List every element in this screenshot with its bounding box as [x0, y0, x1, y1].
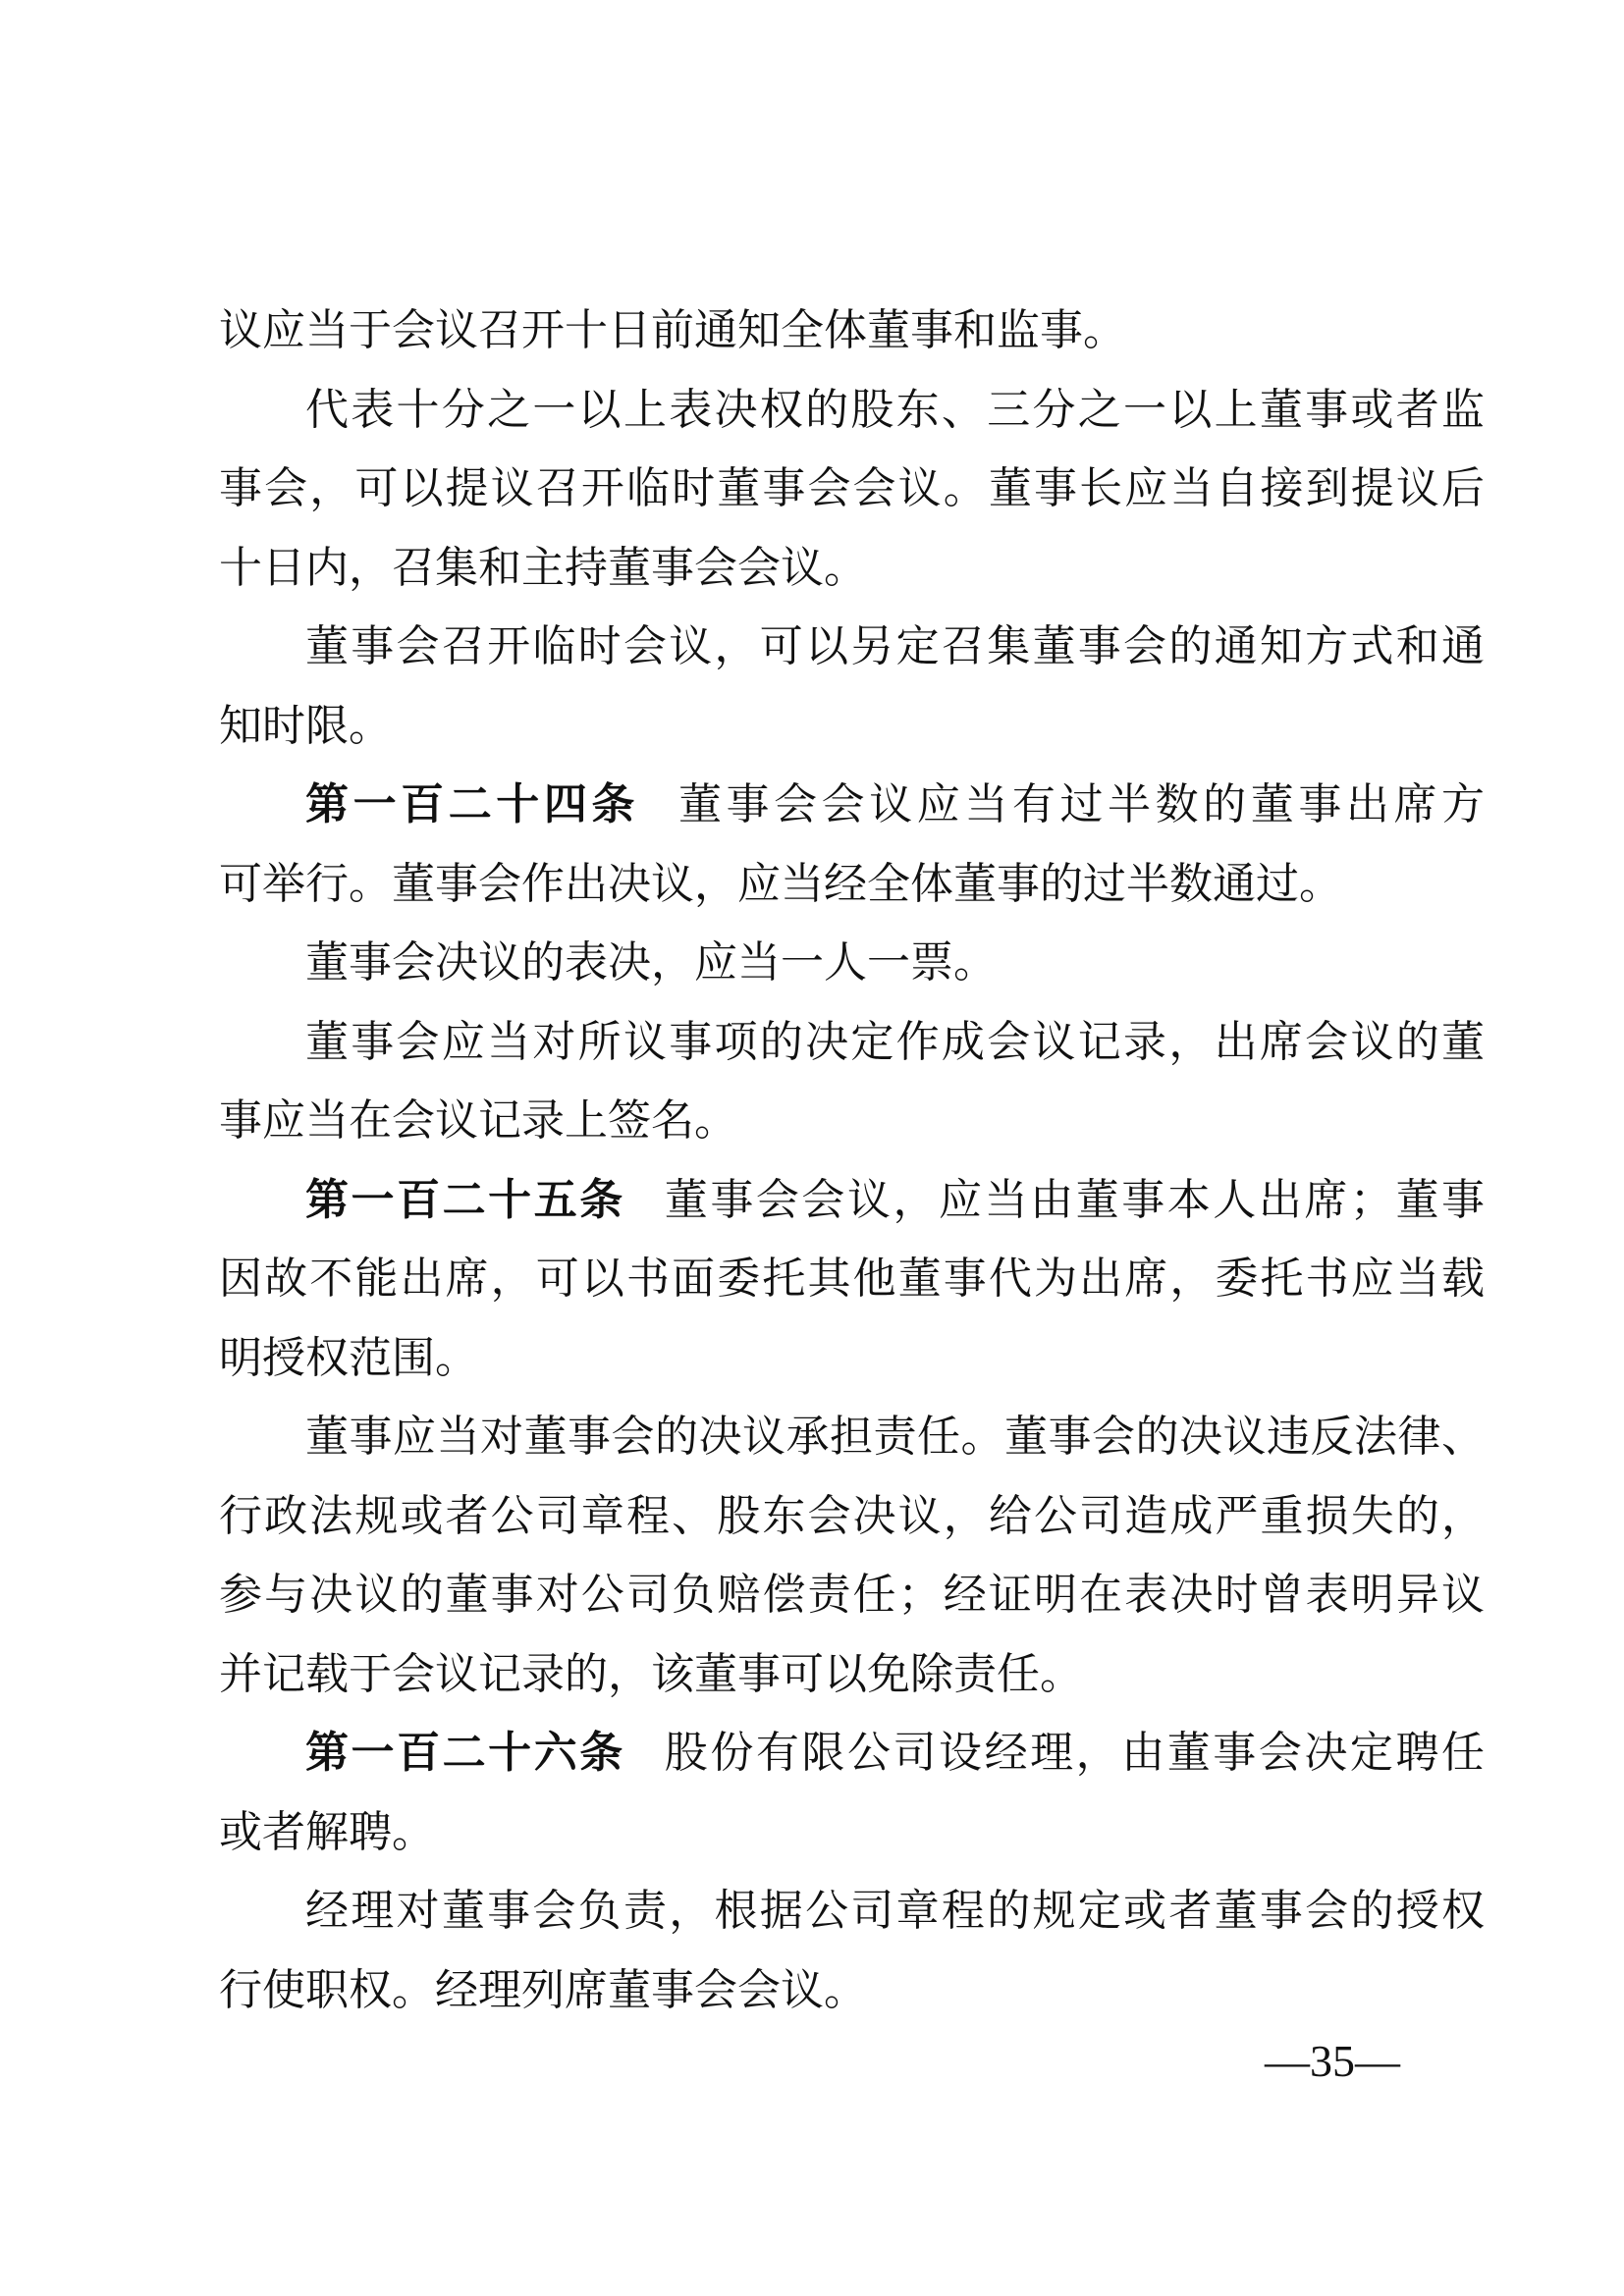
body-text: 议应当于会议召开十日前通知全体董事和监事。 [219, 306, 1126, 354]
body-text: 事会，可以提议召开临时董事会会议。董事长应当自接到提议后 [219, 464, 1485, 512]
article-number: 第一百二十四条 [305, 779, 639, 829]
text-line: 董事应当对董事会的决议承担责任。董事会的决议违反法律、 [219, 1398, 1485, 1477]
text-line: 董事会应当对所议事项的决定作成会议记录，出席会议的董 [219, 1003, 1485, 1083]
article-number: 第一百二十六条 [305, 1728, 625, 1778]
body-text: 董事会召开临时会议，可以另定召集董事会的通知方式和通 [305, 622, 1485, 670]
body-text: 经理对董事会负责，根据公司章程的规定或者董事会的授权 [305, 1887, 1485, 1935]
body-text: 十日内，召集和主持董事会会议。 [219, 544, 867, 592]
text-line: 或者解聘。 [219, 1793, 1485, 1873]
document-page: 议应当于会议召开十日前通知全体董事和监事。代表十分之一以上表决权的股东、三分之一… [0, 0, 1624, 2296]
document-body: 议应当于会议召开十日前通知全体董事和监事。代表十分之一以上表决权的股东、三分之一… [219, 292, 1485, 2030]
text-line: 事应当在会议记录上签名。 [219, 1082, 1485, 1161]
body-text: 参与决议的董事对公司负赔偿责任；经证明在表决时曾表明异议 [219, 1571, 1485, 1619]
body-text: 或者解聘。 [219, 1808, 435, 1856]
body-text: 董事会决议的表决，应当一人一票。 [305, 938, 997, 987]
body-text: 可举行。董事会作出决议，应当经全体董事的过半数通过。 [219, 860, 1342, 908]
article-number: 第一百二十五条 [305, 1175, 625, 1225]
text-line: 因故不能出席，可以书面委托其他董事代为出席，委托书应当载 [219, 1240, 1485, 1319]
text-line: 可举行。董事会作出决议，应当经全体董事的过半数通过。 [219, 845, 1485, 925]
text-line: 知时限。 [219, 687, 1485, 767]
body-text: 行使职权。经理列席董事会会议。 [219, 1966, 867, 2014]
text-line: 明授权范围。 [219, 1319, 1485, 1399]
text-line: 议应当于会议召开十日前通知全体董事和监事。 [219, 292, 1485, 371]
body-text: 董事会会议应当有过半数的董事出席方 [678, 780, 1485, 828]
body-text: 事应当在会议记录上签名。 [219, 1096, 737, 1145]
text-line: 代表十分之一以上表决权的股东、三分之一以上董事或者监 [219, 371, 1485, 451]
body-text: 行政法规或者公司章程、股东会决议，给公司造成严重损失的， [219, 1492, 1485, 1540]
text-line: 董事会决议的表决，应当一人一票。 [219, 924, 1485, 1003]
text-line: 第一百二十四条董事会会议应当有过半数的董事出席方 [219, 766, 1485, 845]
body-text: 因故不能出席，可以书面委托其他董事代为出席，委托书应当载 [219, 1255, 1485, 1303]
body-text: 董事应当对董事会的决议承担责任。董事会的决议违反法律、 [305, 1413, 1485, 1461]
text-line: 经理对董事会负责，根据公司章程的规定或者董事会的授权 [219, 1872, 1485, 1951]
page-number: —35— [1265, 2034, 1400, 2089]
text-line: 事会，可以提议召开临时董事会会议。董事长应当自接到提议后 [219, 450, 1485, 529]
text-line: 第一百二十六条股份有限公司设经理，由董事会决定聘任 [219, 1714, 1485, 1793]
text-line: 行使职权。经理列席董事会会议。 [219, 1951, 1485, 2031]
text-line: 并记载于会议记录的，该董事可以免除责任。 [219, 1635, 1485, 1715]
body-text: 知时限。 [219, 702, 392, 750]
text-line: 参与决议的董事对公司负赔偿责任；经证明在表决时曾表明异议 [219, 1556, 1485, 1635]
body-text: 董事会会议，应当由董事本人出席；董事 [665, 1176, 1485, 1224]
text-line: 第一百二十五条董事会会议，应当由董事本人出席；董事 [219, 1161, 1485, 1241]
body-text: 董事会应当对所议事项的决定作成会议记录，出席会议的董 [305, 1018, 1485, 1066]
text-line: 董事会召开临时会议，可以另定召集董事会的通知方式和通 [219, 608, 1485, 687]
body-text: 明授权范围。 [219, 1334, 478, 1382]
body-text: 代表十分之一以上表决权的股东、三分之一以上董事或者监 [305, 386, 1485, 434]
text-line: 行政法规或者公司章程、股东会决议，给公司造成严重损失的， [219, 1477, 1485, 1557]
body-text: 股份有限公司设经理，由董事会决定聘任 [665, 1729, 1485, 1777]
text-line: 十日内，召集和主持董事会会议。 [219, 529, 1485, 609]
body-text: 并记载于会议记录的，该董事可以免除责任。 [219, 1650, 1083, 1698]
